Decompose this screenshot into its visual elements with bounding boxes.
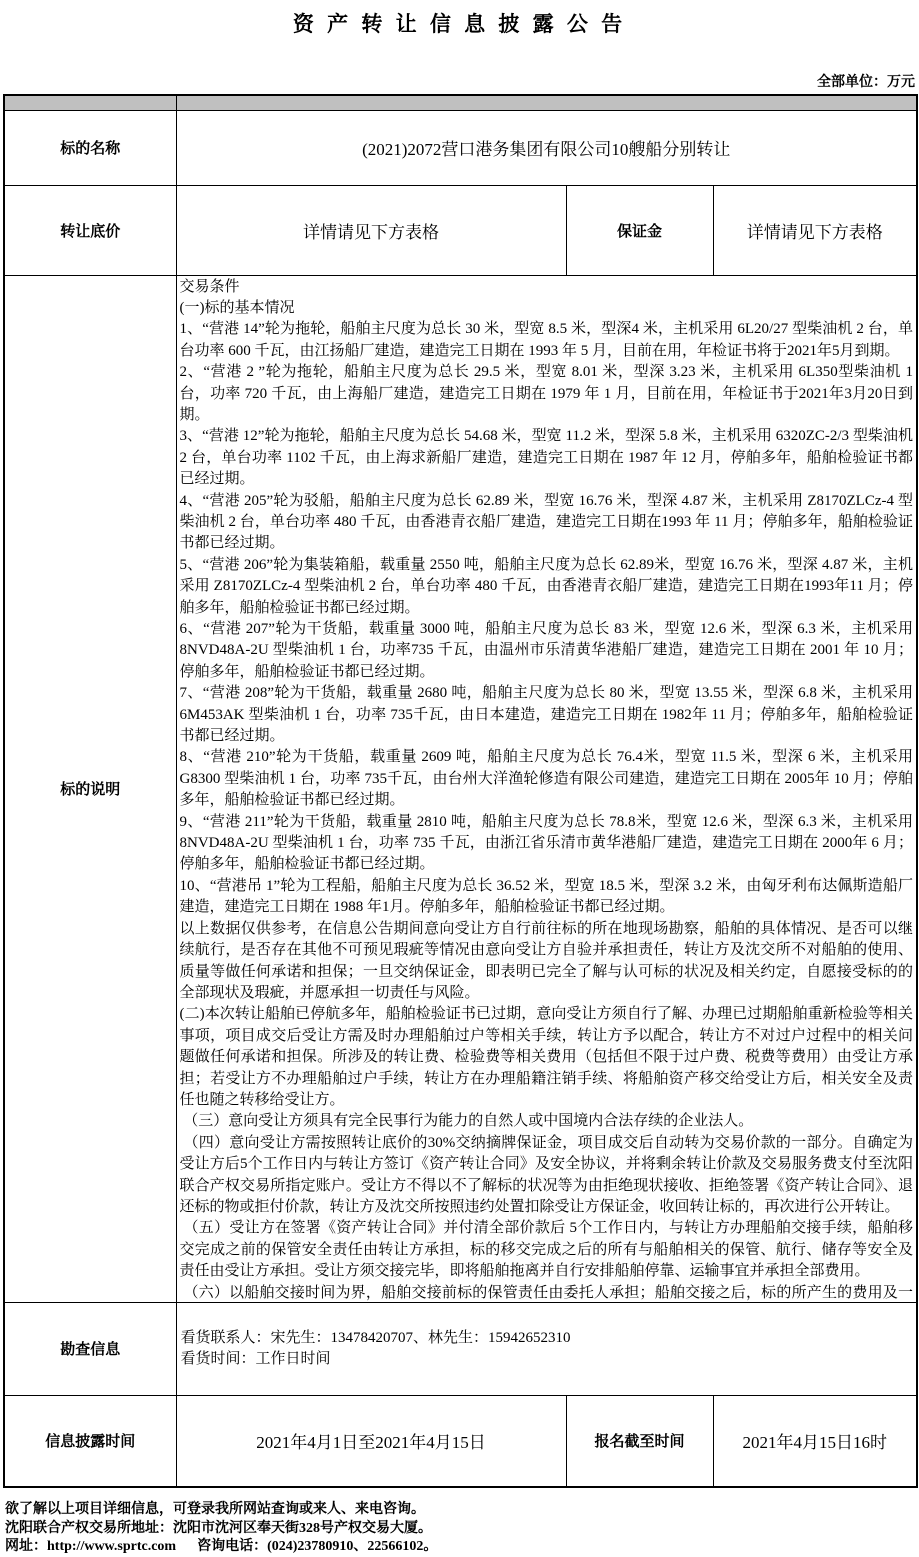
dates-row: 信息披露时间 2021年4月1日至2021年4月15日 报名截至时间 2021年… bbox=[4, 1395, 917, 1487]
subject-name-label: 标的名称 bbox=[4, 110, 176, 185]
description-paragraph: 4、“营港 205”轮为驳船，船舶主尺度为总长 62.89 米，型宽 16.76… bbox=[180, 491, 914, 555]
subject-desc-text: 交易条件(一)标的基本情况1、“营港 14”轮为拖轮，船舶主尺度为总长 30 米… bbox=[177, 276, 917, 1301]
description-paragraph: 交易条件 bbox=[180, 277, 914, 298]
survey-text: 看货联系人：宋先生：13478420707、林先生：15942652310看货时… bbox=[177, 1326, 917, 1372]
disclosure-period-label: 信息披露时间 bbox=[4, 1395, 176, 1487]
description-paragraph: (一)标的基本情况 bbox=[180, 298, 914, 319]
subject-desc-label: 标的说明 bbox=[4, 275, 176, 1302]
page-title: 资 产 转 让 信 息 披 露 公 告 bbox=[0, 8, 919, 38]
description-paragraph: 2、“营港 2 ”轮为拖轮，船舶主尺度为总长 29.5 米，型宽 8.01 米，… bbox=[180, 362, 914, 426]
description-paragraph: 9、“营港 211”轮为干货船，载重量 2810 吨，船舶主尺度为总长 78.8… bbox=[180, 812, 914, 876]
main-table: 标的名称 (2021)2072营口港务集团有限公司10艘船分别转让 转让底价 详… bbox=[3, 94, 918, 1488]
survey-cell: 看货联系人：宋先生：13478420707、林先生：15942652310看货时… bbox=[176, 1302, 917, 1395]
survey-row: 勘查信息 看货联系人：宋先生：13478420707、林先生：159426523… bbox=[4, 1302, 917, 1395]
description-paragraph: 6、“营港 207”轮为干货船，载重量 3000 吨，船舶主尺度为总长 83 米… bbox=[180, 619, 914, 683]
registration-deadline-label: 报名截至时间 bbox=[566, 1395, 713, 1487]
description-paragraph: 1、“营港 14”轮为拖轮，船舶主尺度为总长 30 米，型宽 8.5 米，型深4… bbox=[180, 319, 914, 362]
gray-header-cell-right bbox=[176, 95, 917, 110]
deposit-label: 保证金 bbox=[566, 185, 713, 275]
survey-line: 看货联系人：宋先生：13478420707、林先生：15942652310 bbox=[181, 1328, 913, 1349]
description-paragraph: （六）以船舶交接时间为界，船舶交接前标的保管责任由委托人承担；船舶交接之后，标的… bbox=[180, 1283, 914, 1301]
subject-desc-cell: 交易条件(一)标的基本情况1、“营港 14”轮为拖轮，船舶主尺度为总长 30 米… bbox=[176, 275, 917, 1302]
description-paragraph: 8、“营港 210”轮为干货船，载重量 2609 吨，船舶主尺度为总长 76.4… bbox=[180, 747, 914, 811]
deposit-value: 详情请见下方表格 bbox=[713, 185, 917, 275]
price-row: 转让底价 详情请见下方表格 保证金 详情请见下方表格 bbox=[4, 185, 917, 275]
description-paragraph: （四）意向受让方需按照转让底价的30%交纳摘牌保证金，项目成交后自动转为交易价款… bbox=[180, 1133, 914, 1219]
footer: 欲了解以上项目详细信息，可登录我所网站查询或来人、来电咨询。沈阳联合产权交易所地… bbox=[5, 1501, 919, 1557]
gray-header-cell-left bbox=[4, 95, 176, 110]
description-paragraph: (二)本次转让船舶已停航多年，船舶检验证书已过期，意向受让方须自行了解、办理已过… bbox=[180, 1004, 914, 1111]
description-paragraph: （五）受让方在签署《资产转让合同》并付清全部价款后 5个工作日内，与转让方办理船… bbox=[180, 1218, 914, 1282]
description-row: 标的说明 交易条件(一)标的基本情况1、“营港 14”轮为拖轮，船舶主尺度为总长… bbox=[4, 275, 917, 1302]
description-paragraph: 5、“营港 206”轮为集装箱船，载重量 2550 吨，船舶主尺度为总长 62.… bbox=[180, 555, 914, 619]
description-paragraph: 以上数据仅供参考，在信息公告期间意向受让方自行前往标的所在地现场勘察，船舶的具体… bbox=[180, 919, 914, 1005]
transfer-price-value: 详情请见下方表格 bbox=[176, 185, 566, 275]
survey-label: 勘查信息 bbox=[4, 1302, 176, 1395]
description-paragraph: （三）意向受让方须具有完全民事行为能力的自然人或中国境内合法存续的企业法人。 bbox=[180, 1111, 914, 1132]
description-paragraph: 10、“营港吊 1”轮为工程船，船舶主尺度为总长 36.52 米，型宽 18.5… bbox=[180, 876, 914, 919]
transfer-price-label: 转让底价 bbox=[4, 185, 176, 275]
footer-line: 沈阳联合产权交易所地址：沈阳市沈河区奉天街328号产权交易大厦。 bbox=[5, 1520, 919, 1539]
subject-name-row: 标的名称 (2021)2072营口港务集团有限公司10艘船分别转让 bbox=[4, 110, 917, 185]
announcement-document: 资 产 转 让 信 息 披 露 公 告 全部单位：万元 标的名称 (2021)2… bbox=[0, 0, 919, 1557]
footer-line: 欲了解以上项目详细信息，可登录我所网站查询或来人、来电咨询。 bbox=[5, 1501, 919, 1520]
survey-line: 看货时间：工作日时间 bbox=[181, 1349, 913, 1370]
disclosure-period-value: 2021年4月1日至2021年4月15日 bbox=[176, 1395, 566, 1487]
gray-header-row bbox=[4, 95, 917, 110]
description-paragraph: 3、“营港 12”轮为拖轮，船舶主尺度为总长 54.68 米，型宽 11.2 米… bbox=[180, 426, 914, 490]
registration-deadline-value: 2021年4月15日16时 bbox=[713, 1395, 917, 1487]
unit-note: 全部单位：万元 bbox=[0, 71, 919, 91]
subject-name-value: (2021)2072营口港务集团有限公司10艘船分别转让 bbox=[176, 110, 917, 185]
footer-line: 网址：http://www.sprtc.com 咨询电话：(024)237809… bbox=[5, 1538, 919, 1557]
description-paragraph: 7、“营港 208”轮为干货船，载重量 2680 吨，船舶主尺度为总长 80 米… bbox=[180, 683, 914, 747]
